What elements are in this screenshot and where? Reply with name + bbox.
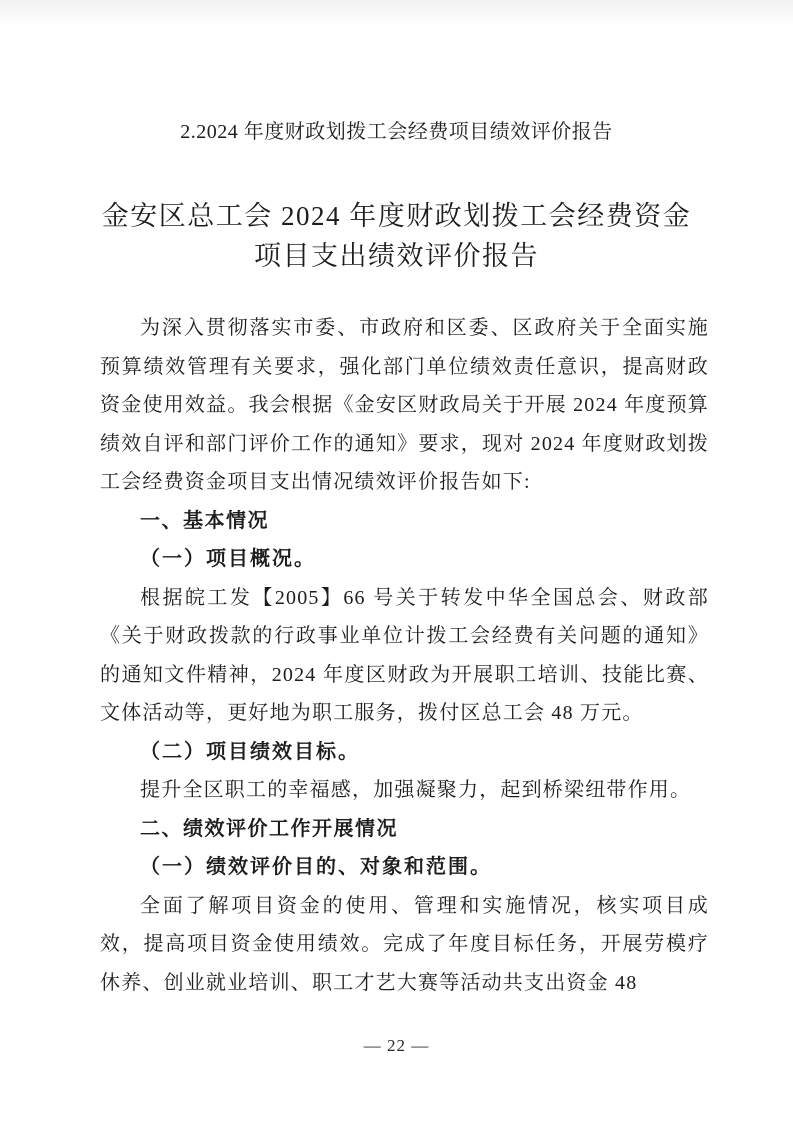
paragraph-project-overview: 根据皖工发【2005】66 号关于转发中华全国总会、财政部《关于财政拨款的行政事… (100, 579, 709, 733)
paragraph-evaluation-scope: 全面了解项目资金的使用、管理和实施情况，核实项目成效，提高项目资金使用绩效。完成… (100, 887, 709, 1003)
document-page: 2.2024 年度财政划拨工会经费项目绩效评价报告 金安区总工会 2024 年度… (0, 0, 793, 1122)
subsection-heading-project-overview: （一）项目概况。 (100, 540, 709, 579)
doc-title-line2: 项目支出绩效评价报告 (56, 236, 737, 276)
doc-title: 金安区总工会 2024 年度财政划拨工会经费资金 项目支出绩效评价报告 (56, 196, 737, 276)
doc-list-heading: 2.2024 年度财政划拨工会经费项目绩效评价报告 (0, 0, 793, 146)
page-number: — 22 — (0, 1036, 793, 1056)
doc-title-line1: 金安区总工会 2024 年度财政划拨工会经费资金 (56, 196, 737, 236)
section-heading-evaluation-work: 二、绩效评价工作开展情况 (100, 810, 709, 849)
doc-body: 为深入贯彻落实市委、市政府和区委、区政府关于全面实施预算绩效管理有关要求，强化部… (100, 309, 709, 1002)
subsection-heading-evaluation-scope: （一）绩效评价目的、对象和范围。 (100, 848, 709, 887)
subsection-heading-performance-goal: （二）项目绩效目标。 (100, 733, 709, 772)
section-heading-basic-situation: 一、基本情况 (100, 502, 709, 541)
paragraph-intro: 为深入贯彻落实市委、市政府和区委、区政府关于全面实施预算绩效管理有关要求，强化部… (100, 309, 709, 502)
paragraph-performance-goal: 提升全区职工的幸福感，加强凝聚力，起到桥梁纽带作用。 (100, 771, 709, 810)
